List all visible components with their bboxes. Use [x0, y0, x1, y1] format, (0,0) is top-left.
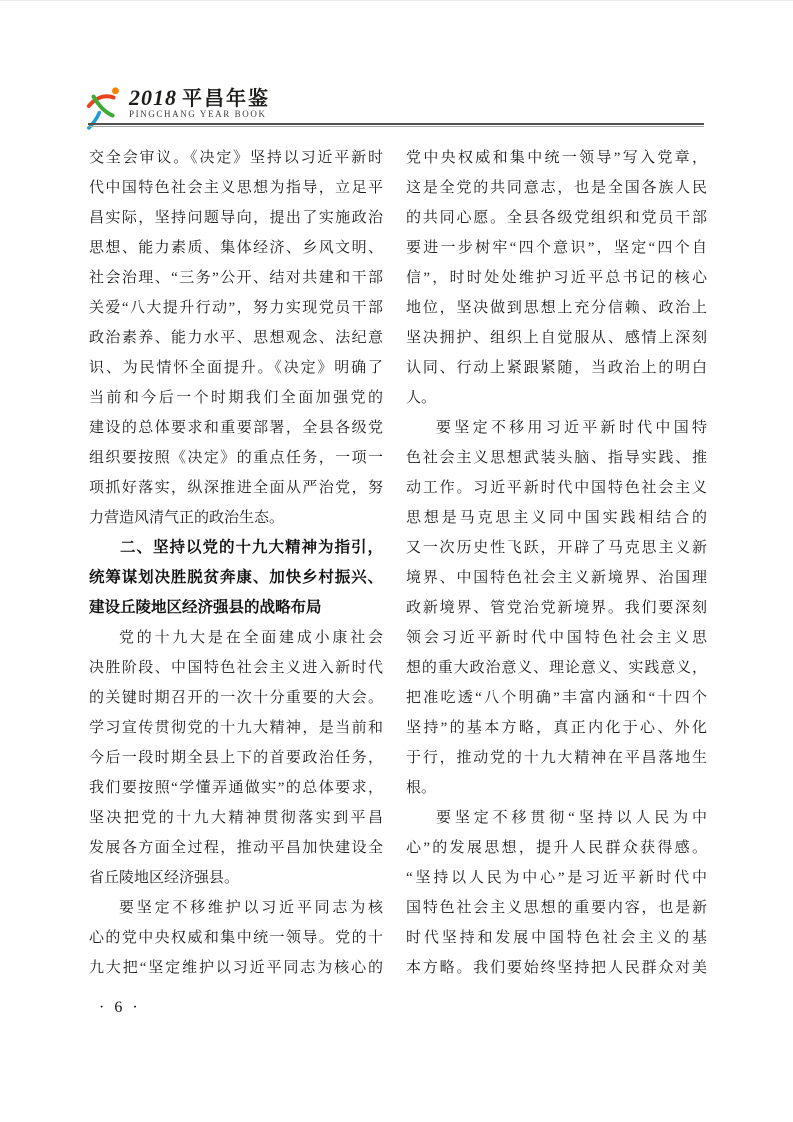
text-line: 要坚定不移用习近平新时代中国特: [406, 413, 707, 443]
text-line: 学习宣传贯彻党的十九大精神，是当前和: [89, 713, 383, 743]
text-line: 于行，推动党的十九大精神在平昌落地生: [406, 743, 707, 773]
logo-subtitle: PINGCHANG YEAR BOOK: [129, 109, 270, 119]
logo-line1: 2018 平昌年鉴: [129, 82, 270, 108]
text-line: 建设的总体要求和重要部署，全县各级党: [89, 413, 383, 443]
right-column: 党中央权威和集中统一领导”写入党章，这是全党的共同意志，也是全国各族人民的共同心…: [406, 143, 707, 983]
text-line: 要坚定不移贯彻“坚持以人民为中: [406, 803, 707, 833]
text-line: “坚持以人民为中心”是习近平新时代中: [406, 863, 707, 893]
text-line: 色社会主义思想武装头脑、指导实践、推: [406, 443, 707, 473]
text-line: 人。: [406, 383, 707, 413]
text-line: 国特色社会主义思想的重要内容，也是新: [406, 893, 707, 923]
section-heading-line: 建设丘陵地区经济强县的战略布局: [89, 593, 383, 623]
text-line: 信”，时时处处维护习近平总书记的核心: [406, 263, 707, 293]
text-line: 交全会审议。《决定》坚持以习近平新时: [89, 143, 383, 173]
text-line: 决胜阶段、中国特色社会主义进入新时代: [89, 653, 383, 683]
text-line: 这是全党的共同意志，也是全国各族人民: [406, 173, 707, 203]
text-line: 境界、中国特色社会主义新境界、治国理: [406, 563, 707, 593]
logo-text: 2018 平昌年鉴 PINGCHANG YEAR BOOK: [129, 82, 270, 119]
text-line: 政治素养、能力水平、思想观念、法纪意: [89, 323, 383, 353]
text-line: 代中国特色社会主义思想为指导，立足平: [89, 173, 383, 203]
text-line: 根。: [406, 773, 707, 803]
text-line: 省丘陵地区经济强县。: [89, 863, 383, 893]
text-line: 动工作。习近平新时代中国特色社会主义: [406, 473, 707, 503]
left-column: 交全会审议。《决定》坚持以习近平新时代中国特色社会主义思想为指导，立足平昌实际，…: [89, 143, 383, 983]
text-line: 的共同心愿。全县各级党组织和党员干部: [406, 203, 707, 233]
text-line: 坚决把党的十九大精神贯彻落实到平昌: [89, 803, 383, 833]
text-line: 的关键时期召开的一次十分重要的大会。: [89, 683, 383, 713]
text-line: 今后一段时期全县上下的首要政治任务，: [89, 743, 383, 773]
text-line: 社会治理、“三务”公开、结对共建和干部: [89, 263, 383, 293]
text-line: 九大把“坚定维护以习近平同志为核心的: [89, 953, 383, 983]
page-number: · 6 ·: [99, 999, 141, 1017]
logo-year: 2018: [129, 85, 177, 111]
text-line: 我们要按照“学懂弄通做实”的总体要求，: [89, 773, 383, 803]
text-line: 又一次历史性飞跃，开辟了马克思主义新: [406, 533, 707, 563]
text-line: 把准吃透“八个明确”丰富内涵和“十四个: [406, 683, 707, 713]
text-line: 时代坚持和发展中国特色社会主义的基: [406, 923, 707, 953]
text-line: 识、为民情怀全面提升。《决定》明确了: [89, 353, 383, 383]
section-heading-line: 统筹谋划决胜脱贫奔康、加快乡村振兴、: [89, 563, 383, 593]
text-line: 党的十九大是在全面建成小康社会: [89, 623, 383, 653]
text-line: 当前和今后一个时期我们全面加强党的: [89, 383, 383, 413]
text-line: 思想、能力素质、集体经济、乡风文明、: [89, 233, 383, 263]
text-line: 认同、行动上紧跟紧随，当政治上的明白: [406, 353, 707, 383]
text-line: 力营造风清气正的政治生态。: [89, 503, 383, 533]
header-rule: [88, 123, 704, 127]
text-line: 地位，坚决做到思想上充分信赖、政治上: [406, 293, 707, 323]
text-line: 要进一步树牢“四个意识”，坚定“四个自: [406, 233, 707, 263]
text-line: 心”的发展思想，提升人民群众获得感。: [406, 833, 707, 863]
text-line: 领会习近平新时代中国特色社会主义思: [406, 623, 707, 653]
text-line: 发展各方面全过程，推动平昌加快建设全: [89, 833, 383, 863]
text-line: 本方略。我们要始终坚持把人民群众对美: [406, 953, 707, 983]
logo-title: 平昌年鉴: [182, 82, 270, 111]
yearbook-page: 2018 平昌年鉴 PINGCHANG YEAR BOOK 交全会审议。《决定》…: [0, 0, 793, 1122]
text-line: 心的党中央权威和集中统一领导。党的十: [89, 923, 383, 953]
text-line: 要坚定不移维护以习近平同志为核: [89, 893, 383, 923]
text-line: 政新境界、管党治党新境界。我们要深刻: [406, 593, 707, 623]
text-line: 党中央权威和集中统一领导”写入党章，: [406, 143, 707, 173]
text-line: 思想是马克思主义同中国实践相结合的: [406, 503, 707, 533]
text-line: 坚决拥护、组织上自觉服从、感情上深刻: [406, 323, 707, 353]
text-line: 坚持”的基本方略，真正内化于心、外化: [406, 713, 707, 743]
text-line: 想的重大政治意义、理论意义、实践意义，: [406, 653, 707, 683]
text-line: 关爱“八大提升行动”，努力实现党员干部: [89, 293, 383, 323]
text-line: 组织要按照《决定》的重点任务，一项一: [89, 443, 383, 473]
text-line: 项抓好落实，纵深推进全面从严治党，努: [89, 473, 383, 503]
section-heading-line: 二、坚持以党的十九大精神为指引，: [89, 533, 383, 563]
text-line: 昌实际，坚持问题导向，提出了实施政治: [89, 203, 383, 233]
